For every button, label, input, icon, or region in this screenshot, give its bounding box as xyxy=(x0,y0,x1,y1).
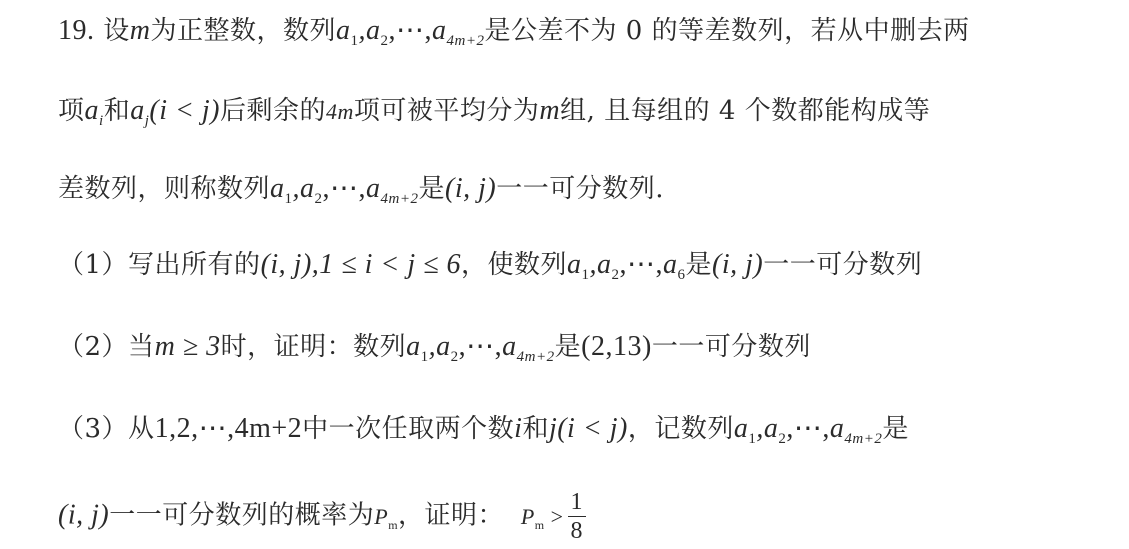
text: 为正整数，数列 xyxy=(151,16,337,46)
var-m: m xyxy=(130,15,151,46)
part-label: （2） xyxy=(58,332,128,362)
pair-2-13: (2,13) xyxy=(581,331,652,362)
var-m: m xyxy=(539,95,560,126)
term-ai: ai xyxy=(85,95,104,126)
index-set: 1,2,⋯,4m+2 xyxy=(155,413,303,444)
part-3-continued: (i, j)一一可分数列的概率为Pm，证明： Pm >18 xyxy=(58,490,586,543)
text: 时，证明：数列 xyxy=(221,332,407,362)
text: 中一次任取两个数 xyxy=(302,414,514,444)
problem-stem-line-3: 差数列，则称数列a1,a2,⋯,a4m+2是(i, j)一一可分数列. xyxy=(58,172,664,216)
text: 组, 且每组的 4 个数都能构成等 xyxy=(560,96,930,126)
sequence-notation: a1,a2,⋯,a4m+2 xyxy=(270,173,418,204)
text: 项可被平均分为 xyxy=(354,96,540,126)
text: 差数列，则称数列 xyxy=(58,174,270,204)
part-1: （1）写出所有的(i, j),1 ≤ i < j ≤ 6，使数列a1,a2,⋯,… xyxy=(58,248,922,292)
text: 后剩余的 xyxy=(220,96,326,126)
text: ，记数列 xyxy=(628,414,734,444)
text: 一一可分数列 xyxy=(652,332,811,362)
text: 是公差不为 0 的等差数列，若从中删去两 xyxy=(485,16,970,46)
problem-number: 19. xyxy=(58,15,95,46)
part-2: （2）当m ≥ 3时，证明：数列a1,a2,⋯,a4m+2是(2,13)一一可分… xyxy=(58,330,811,374)
text: 一一可分数列的概率为 xyxy=(109,501,374,531)
text: 项 xyxy=(58,96,85,126)
text: 和 xyxy=(104,96,131,126)
text: 设 xyxy=(103,16,130,46)
var-j-condition: j(i < j) xyxy=(549,413,628,444)
pair-ij: (i, j) xyxy=(445,173,496,204)
text: 和 xyxy=(522,414,549,444)
pair-ij: (i, j) xyxy=(58,500,109,531)
text: 是 xyxy=(555,332,582,362)
text: 从 xyxy=(128,414,155,444)
term-aj: aj(i < j) xyxy=(130,95,220,126)
text: 是 xyxy=(418,174,445,204)
part-label: （3） xyxy=(58,414,128,444)
condition-m: m ≥ 3 xyxy=(155,331,221,362)
range-condition: ,1 ≤ i < j ≤ 6 xyxy=(312,249,461,280)
math-problem-document: 19. 设m为正整数，数列a1,a2,⋯,a4m+2是公差不为 0 的等差数列，… xyxy=(0,0,1129,549)
text: ，证明： xyxy=(398,501,504,531)
probability-pm: Pm xyxy=(374,504,398,529)
part-label: （1） xyxy=(58,250,128,280)
sequence-notation: a1,a2,⋯,a4m+2 xyxy=(734,413,882,444)
text: 是 xyxy=(882,414,909,444)
text: 当 xyxy=(128,332,155,362)
problem-stem-line-1: 19. 设m为正整数，数列a1,a2,⋯,a4m+2是公差不为 0 的等差数列，… xyxy=(58,14,970,58)
text: 一一可分数列. xyxy=(496,174,664,204)
text: ，使数列 xyxy=(461,250,567,280)
pair-ij: (i, j) xyxy=(261,249,312,280)
problem-stem-line-2: 项ai和aj(i < j)后剩余的4m项可被平均分为m组, 且每组的 4 个数都… xyxy=(58,94,930,138)
sequence-notation: a1,a2,⋯,a4m+2 xyxy=(406,331,554,362)
fraction-one-eighth: 18 xyxy=(568,490,587,543)
text: 一一可分数列 xyxy=(763,250,922,280)
sequence-notation: a1,a2,⋯,a6 xyxy=(567,249,686,280)
inequality: Pm > xyxy=(521,504,564,529)
sequence-notation: a1,a2,⋯,a4m+2 xyxy=(336,15,484,46)
text: 写出所有的 xyxy=(128,250,261,280)
text: 是 xyxy=(685,250,712,280)
part-3: （3）从1,2,⋯,4m+2中一次任取两个数i和j(i < j)，记数列a1,a… xyxy=(58,412,909,456)
pair-ij: (i, j) xyxy=(712,249,763,280)
expr-4m: 4m xyxy=(326,99,354,124)
